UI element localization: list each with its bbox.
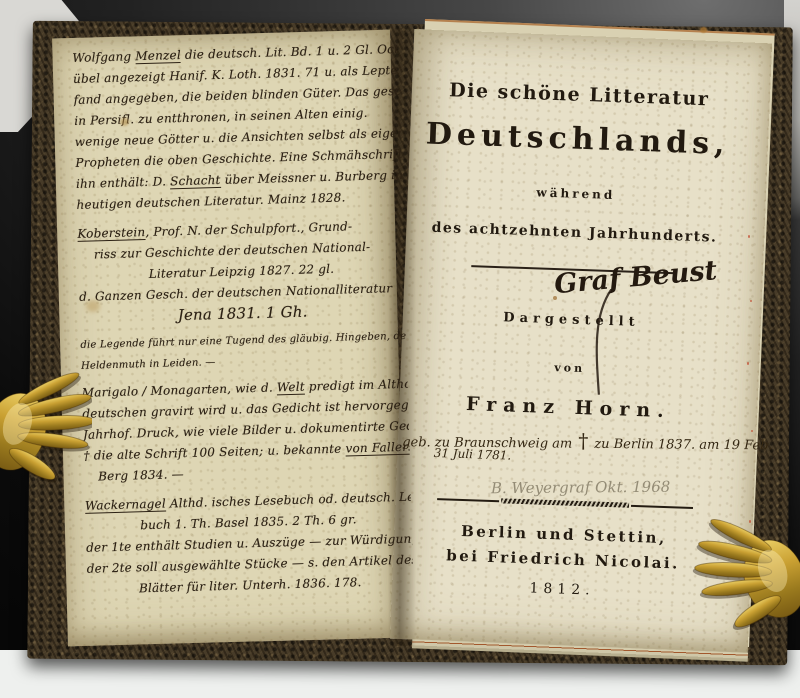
birth-note: geb. zu Braunschweig am <box>402 435 572 451</box>
owner-signature: Graf Beust <box>553 252 755 300</box>
author-name: Franz Horn. <box>401 391 736 425</box>
pencil-inscription: B. Weyergraf Okt. 1968 <box>399 477 733 498</box>
dargestellt-label: Dargestellt <box>404 307 738 334</box>
red-edge-speckle <box>747 362 749 365</box>
death-note: zu Berlin 1837. am 19 Feb. <box>594 437 772 454</box>
ornamental-rule-braid <box>501 498 629 507</box>
von-label: von <box>403 356 737 381</box>
red-edge-speckle <box>748 235 750 238</box>
signature-flourish <box>582 288 626 399</box>
foxing-spot <box>86 300 100 312</box>
book-title-line2: Deutschlands, <box>410 116 745 163</box>
photo-open-antique-book: Wolfgang Menzel die deutsch. Lit. Bd. 1 … <box>0 0 800 698</box>
imprint-publisher: bei Friedrich Nicolai. <box>396 545 730 575</box>
subtitle-century: des achtzehnten Jahrhunderts. <box>407 219 741 247</box>
ornamental-rule <box>437 496 693 510</box>
gold-hand-page-holder-right <box>690 488 800 638</box>
foxing-spot <box>120 118 129 126</box>
book-title-line1: Die schöne Litteratur <box>412 78 747 112</box>
imprint-city: Berlin und Stettin, <box>397 520 731 550</box>
gold-hand-page-holder-left <box>0 340 92 492</box>
subtitle-waehrend: während <box>409 181 743 207</box>
red-edge-speckle <box>750 300 752 302</box>
death-cross-symbol: † <box>578 429 588 453</box>
handwritten-life-dates: geb. zu Braunschweig am † zu Berlin 1837… <box>400 427 734 454</box>
foxing-spot <box>553 296 557 300</box>
imprint-year: 1812. <box>395 576 729 604</box>
red-edge-speckle <box>751 430 753 432</box>
foxing-spot <box>700 27 707 33</box>
